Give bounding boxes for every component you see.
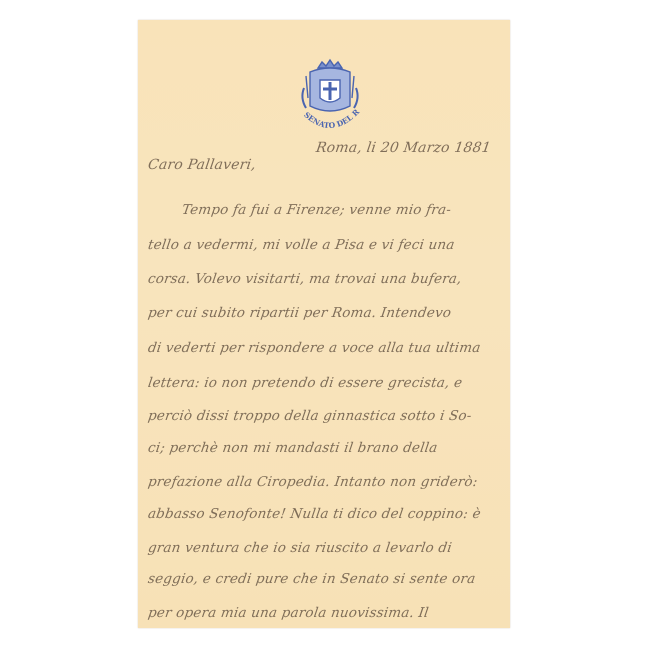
- body-line: per cui subito ripartii per Roma. Intend…: [147, 305, 452, 321]
- body-line: Tempo fa fui a Firenze; venne mio fra-: [181, 202, 452, 218]
- body-line: tello a vedermi, mi volle a Pisa e vi fe…: [147, 237, 456, 253]
- body-line: di vederti per rispondere a voce alla tu…: [147, 340, 482, 356]
- body-line: lettera: io non pretendo di essere greci…: [147, 375, 463, 391]
- dateline: Roma, li 20 Marzo 1881: [315, 140, 492, 156]
- coat-of-arms-icon: SENATO DEL REGNO: [296, 58, 364, 146]
- letterhead-crest: SENATO DEL REGNO: [296, 58, 364, 146]
- body-line: prefazione alla Ciropedia. Intanto non g…: [147, 474, 479, 490]
- body-line: ci; perchè non mi mandasti il brano dell…: [147, 440, 439, 456]
- letter-page: SENATO DEL REGNO Roma, li 20 Marzo 1881 …: [138, 20, 510, 628]
- body-line: seggio, e credi pure che in Senato si se…: [147, 571, 477, 587]
- body-line: gran ventura che io sia riuscito a levar…: [147, 540, 453, 556]
- body-line: perciò dissi troppo della ginnastica sot…: [147, 408, 473, 424]
- salutation: Caro Pallaveri,: [147, 157, 257, 173]
- body-line: per opera mia una parola nuovissima. Il: [147, 605, 430, 621]
- body-line: corsa. Volevo visitarti, ma trovai una b…: [147, 271, 463, 287]
- body-line: abbasso Senofonte! Nulla ti dico del cop…: [147, 506, 482, 522]
